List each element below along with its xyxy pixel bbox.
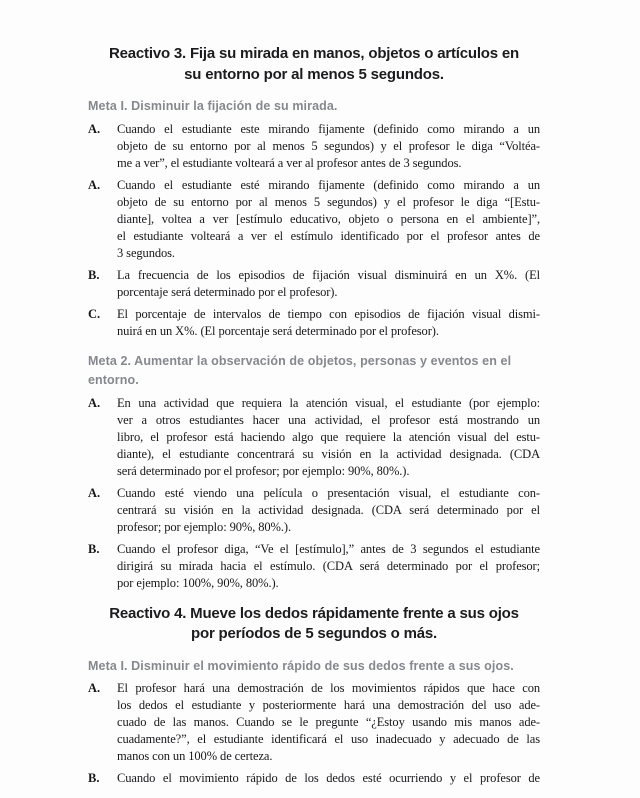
text-line: diante), el estudiante concentrará su vi…	[117, 446, 540, 463]
text-line: dirigirá su mirada hacia el estímulo. (C…	[117, 558, 540, 575]
item-label: A.	[88, 485, 100, 502]
text-line: Reactivo 3. Fija su mirada en manos, obj…	[88, 44, 540, 65]
meta-2-item-a1: A.En una actividad que requiera la atenc…	[88, 395, 540, 480]
text-line: cuado de las manos. Cuando se le pregunt…	[117, 714, 540, 731]
text-line: Cuando el movimiento rápido de los dedos…	[117, 770, 540, 787]
item-label: B.	[88, 770, 99, 787]
text-line: En una actividad que requiera la atenció…	[117, 395, 540, 412]
text-line: los dedos el estudiante y posteriormente…	[117, 697, 540, 714]
meta-1-heading: Meta I. Disminuir la fijación de su mira…	[88, 97, 540, 117]
text-line: centrará su visión en la actividad desig…	[117, 502, 540, 519]
text-line: el estudiante volteará a ver el estímulo…	[117, 228, 540, 245]
text-line: nuirá en un X%. (El porcentaje será dete…	[117, 323, 540, 340]
text-line: manos con un 100% de certeza.	[117, 748, 540, 765]
reactivo-4-heading: Reactivo 4. Mueve los dedos rápidamente …	[88, 604, 540, 645]
text-line: por períodos de 5 segundos o más.	[88, 624, 540, 645]
text-line: Cuando el estudiante esté mirando fijame…	[117, 177, 540, 194]
scanned-document-page: Reactivo 3. Fija su mirada en manos, obj…	[0, 0, 640, 798]
text-line: Meta I. Disminuir la fijación de su mira…	[88, 97, 540, 117]
meta-1-reactivo-4-heading: Meta I. Disminuir el movimiento rápido d…	[88, 657, 540, 677]
text-line: entorno.	[88, 371, 540, 391]
text-line: profesor; por ejemplo: 90%, 80%.).	[117, 519, 540, 536]
text-line: objeto de su entorno por al menos 5 segu…	[117, 194, 540, 211]
meta-1-item-a1: A.Cuando el estudiante este mirando fija…	[88, 121, 540, 172]
text-line: La frecuencia de los episodios de fijaci…	[117, 267, 540, 284]
meta-2-item-b: B.Cuando el profesor diga, “Ve el [estím…	[88, 541, 540, 592]
text-line: objeto de su entorno por al menos 5 segu…	[117, 138, 540, 155]
reactivo-3-heading: Reactivo 3. Fija su mirada en manos, obj…	[88, 44, 540, 85]
reactivo-4-item-b: B.Cuando el movimiento rápido de los ded…	[88, 770, 540, 787]
text-line: El profesor hará una demostración de los…	[117, 680, 540, 697]
meta-1-item-b: B.La frecuencia de los episodios de fija…	[88, 267, 540, 301]
text-line: diante], voltea a ver [estímulo educativ…	[117, 211, 540, 228]
meta-2-item-a2: A.Cuando esté viendo una película o pres…	[88, 485, 540, 536]
item-label: B.	[88, 541, 99, 558]
text-line: ver a otros estudiantes hacer una activi…	[117, 412, 540, 429]
text-line: será determinado por el profesor; por ej…	[117, 463, 540, 480]
text-line: porcentaje será determinado por el profe…	[117, 284, 540, 301]
text-line: 3 segundos.	[117, 245, 540, 262]
text-line: Reactivo 4. Mueve los dedos rápidamente …	[88, 604, 540, 625]
text-line: por ejemplo: 100%, 90%, 80%.).	[117, 575, 540, 592]
meta-2-heading: Meta 2. Aumentar la observación de objet…	[88, 352, 540, 391]
text-line: su entorno por al menos 5 segundos.	[88, 65, 540, 86]
text-line: me a ver”, el estudiante volteará a ver …	[117, 155, 540, 172]
item-label: B.	[88, 267, 99, 284]
item-label: A.	[88, 395, 100, 412]
text-line: cuadamente?”, el estudiante identificará…	[117, 731, 540, 748]
item-label: A.	[88, 121, 100, 138]
text-line: Cuando el estudiante este mirando fijame…	[117, 121, 540, 138]
text-line: El porcentaje de intervalos de tiempo co…	[117, 306, 540, 323]
meta-1-item-a2: A.Cuando el estudiante esté mirando fija…	[88, 177, 540, 262]
text-line: Meta I. Disminuir el movimiento rápido d…	[88, 657, 540, 677]
text-line: Meta 2. Aumentar la observación de objet…	[88, 352, 540, 372]
text-line: Cuando esté viendo una película o presen…	[117, 485, 540, 502]
item-label: A.	[88, 680, 100, 697]
text-line: Cuando el profesor diga, “Ve el [estímul…	[117, 541, 540, 558]
item-label: C.	[88, 306, 100, 323]
item-label: A.	[88, 177, 100, 194]
text-line: libro, el profesor está haciendo algo qu…	[117, 429, 540, 446]
reactivo-4-item-a: A.El profesor hará una demostración de l…	[88, 680, 540, 765]
meta-1-item-c: C.El porcentaje de intervalos de tiempo …	[88, 306, 540, 340]
